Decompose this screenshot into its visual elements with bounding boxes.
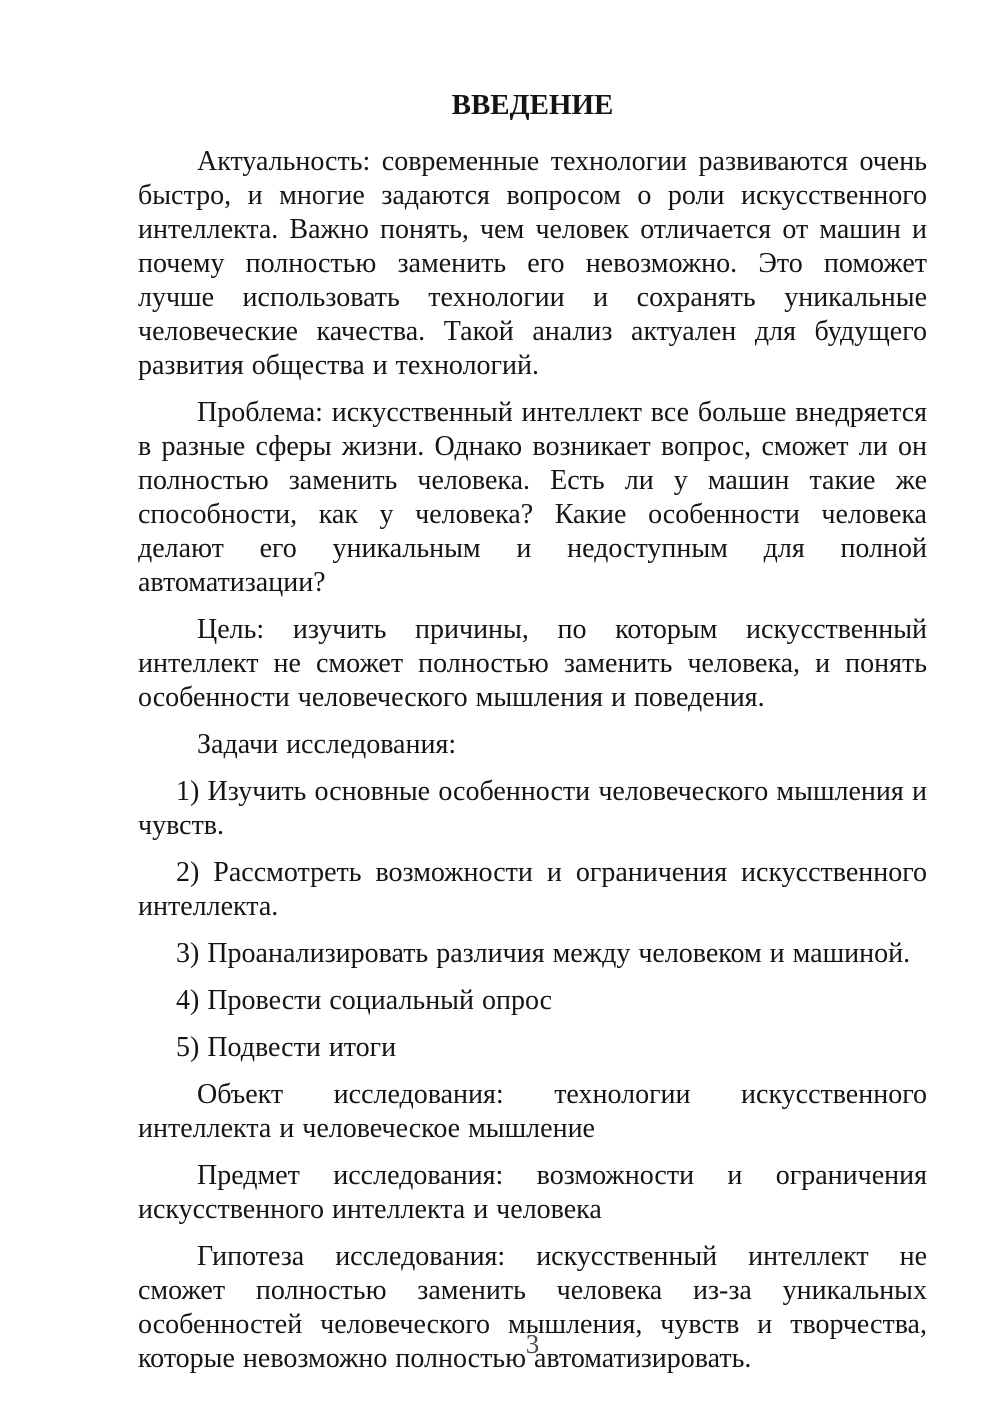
paragraph-obekt: Объект исследования: технологии искусств… [138, 1078, 927, 1146]
document-body: ВВЕДЕНИЕ Актуальность: современные техно… [138, 88, 927, 1389]
page-number: 3 [138, 1328, 927, 1360]
paragraph-predmet: Предмет исследования: возможности и огра… [138, 1159, 927, 1227]
task-item-5: 5) Подвести итоги [138, 1031, 927, 1065]
paragraph-tsel: Цель: изучить причины, по которым искусс… [138, 613, 927, 715]
task-item-2: 2) Рассмотреть возможности и ограничения… [138, 856, 927, 924]
paragraph-problema: Проблема: искусственный интеллект все бо… [138, 396, 927, 600]
page-title: ВВЕДЕНИЕ [138, 88, 927, 123]
paragraph-aktualnost: Актуальность: современные технологии раз… [138, 145, 927, 383]
paragraph-zadachi-label: Задачи исследования: [138, 728, 927, 762]
document-page: ВВЕДЕНИЕ Актуальность: современные техно… [0, 0, 1000, 1414]
task-item-3: 3) Проанализировать различия между челов… [138, 937, 927, 971]
task-item-4: 4) Провести социальный опрос [138, 984, 927, 1018]
task-item-1: 1) Изучить основные особенности человече… [138, 775, 927, 843]
